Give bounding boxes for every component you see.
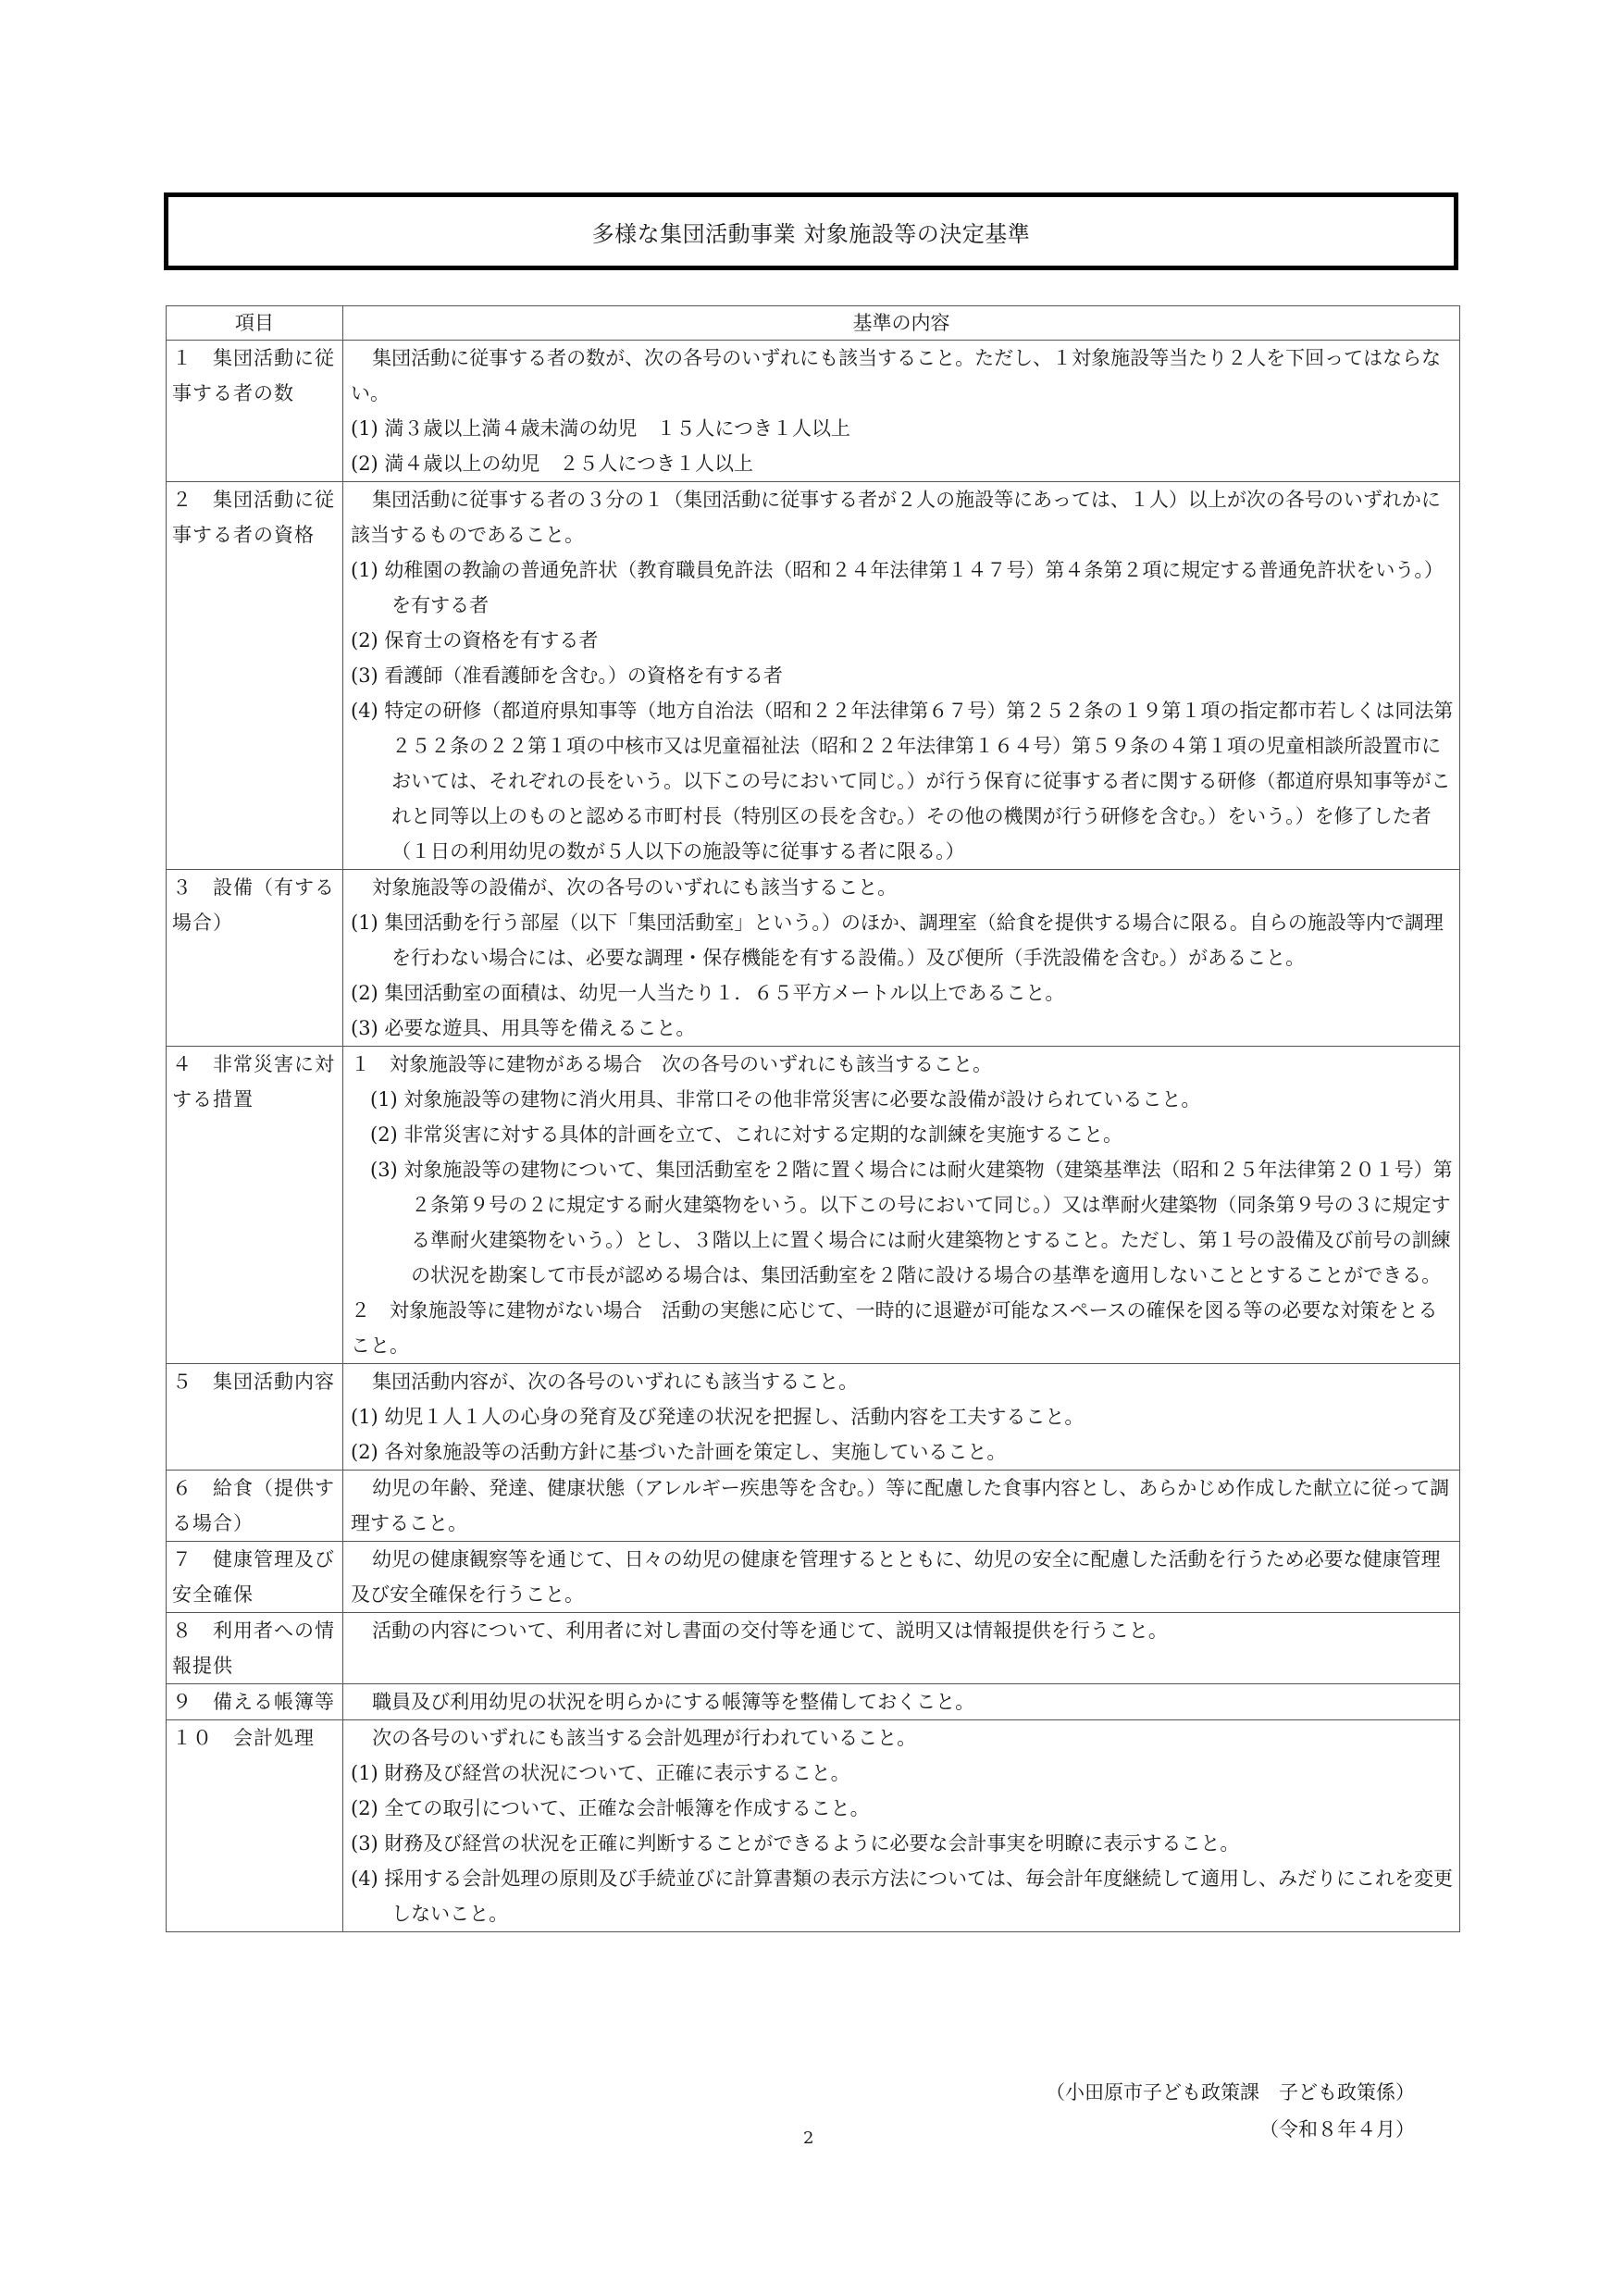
criteria-item-label: ９ 備える帳簿等 [167,1684,343,1720]
table-row: ３ 設備（有する場合）対象施設等の設備が、次の各号のいずれにも該当すること。(1… [167,870,1460,1047]
table-row: ４ 非常災害に対する措置１ 対象施設等に建物がある場合 次の各号のいずれにも該当… [167,1047,1460,1364]
criteria-content: 活動の内容について、利用者に対し書面の交付等を通じて、説明又は情報提供を行うこと… [343,1613,1460,1684]
table-row: ２ 集団活動に従事する者の資格集団活動に従事する者の３分の１（集団活動に従事する… [167,482,1460,870]
page-number: 2 [803,2128,813,2148]
criteria-content: 集団活動に従事する者の３分の１（集団活動に従事する者が２人の施設等にあっては、１… [343,482,1460,870]
criteria-item-label: ５ 集団活動内容 [167,1364,343,1471]
criteria-paragraph: (1) 対象施設等の建物に消火用具、非常口その他非常災害に必要な設備が設けられて… [351,1082,1454,1117]
criteria-paragraph: 集団活動に従事する者の数が、次の各号のいずれにも該当すること。ただし、１対象施設… [351,341,1454,411]
criteria-content: １ 対象施設等に建物がある場合 次の各号のいずれにも該当すること。(1) 対象施… [343,1047,1460,1364]
criteria-paragraph: (3) 対象施設等の建物について、集団活動室を２階に置く場合には耐火建築物（建築… [351,1152,1454,1293]
criteria-item-label: １ 集団活動に従事する者の数 [167,341,343,482]
criteria-paragraph: (3) 看護師（准看護師を含む。）の資格を有する者 [351,658,1454,693]
criteria-item-label: ４ 非常災害に対する措置 [167,1047,343,1364]
criteria-content: 職員及び利用幼児の状況を明らかにする帳簿等を整備しておくこと。 [343,1684,1460,1720]
criteria-item-label: ３ 設備（有する場合） [167,870,343,1047]
criteria-paragraph: (2) 集団活動室の面積は、幼児一人当たり１．６５平方メートル以上であること。 [351,975,1454,1011]
footer-department: （小田原市子ども政策課 子ども政策係） [1046,2078,1415,2105]
criteria-paragraph: (4) 特定の研修（都道府県知事等（地方自治法（昭和２２年法律第６７号）第２５２… [351,693,1454,869]
footer-date: （令和８年４月） [1259,2115,1415,2142]
criteria-paragraph: (1) 集団活動を行う部屋（以下「集団活動室」という。）のほか、調理室（給食を提… [351,905,1454,975]
criteria-paragraph: (1) 幼児１人１人の心身の発育及び発達の状況を把握し、活動内容を工夫すること。 [351,1399,1454,1434]
criteria-paragraph: 集団活動内容が、次の各号のいずれにも該当すること。 [351,1364,1454,1399]
criteria-paragraph: (4) 採用する会計処理の原則及び手続並びに計算書類の表示方法については、毎会計… [351,1861,1454,1931]
table-row: ７ 健康管理及び安全確保幼児の健康観察等を通じて、日々の幼児の健康を管理するとと… [167,1542,1460,1613]
criteria-paragraph: 幼児の年齢、発達、健康状態（アレルギー疾患等を含む。）等に配慮した食事内容とし、… [351,1471,1454,1541]
criteria-content: 対象施設等の設備が、次の各号のいずれにも該当すること。(1) 集団活動を行う部屋… [343,870,1460,1047]
criteria-item-label: １０ 会計処理 [167,1720,343,1932]
criteria-content: 次の各号のいずれにも該当する会計処理が行われていること。(1) 財務及び経営の状… [343,1720,1460,1932]
criteria-item-label: ２ 集団活動に従事する者の資格 [167,482,343,870]
criteria-paragraph: (2) 保育士の資格を有する者 [351,623,1454,658]
criteria-paragraph: ２ 対象施設等に建物がない場合 活動の実態に応じて、一時的に退避が可能なスペース… [351,1293,1454,1363]
criteria-paragraph: (1) 満３歳以上満４歳未満の幼児 １５人につき１人以上 [351,411,1454,446]
criteria-paragraph: 次の各号のいずれにも該当する会計処理が行われていること。 [351,1720,1454,1756]
criteria-paragraph: (2) 各対象施設等の活動方針に基づいた計画を策定し、実施していること。 [351,1434,1454,1470]
criteria-paragraph: 対象施設等の設備が、次の各号のいずれにも該当すること。 [351,870,1454,905]
criteria-paragraph: 職員及び利用幼児の状況を明らかにする帳簿等を整備しておくこと。 [351,1684,1454,1719]
criteria-content: 幼児の健康観察等を通じて、日々の幼児の健康を管理するとともに、幼児の安全に配慮し… [343,1542,1460,1613]
criteria-paragraph: (3) 財務及び経営の状況を正確に判断することができるように必要な会計事実を明瞭… [351,1826,1454,1861]
criteria-paragraph: (2) 非常災害に対する具体的計画を立て、これに対する定期的な訓練を実施すること… [351,1117,1454,1152]
criteria-paragraph: (2) 満４歳以上の幼児 ２５人につき１人以上 [351,446,1454,481]
criteria-item-label: ７ 健康管理及び安全確保 [167,1542,343,1613]
criteria-content: 集団活動に従事する者の数が、次の各号のいずれにも該当すること。ただし、１対象施設… [343,341,1460,482]
criteria-paragraph: (3) 必要な遊具、用具等を備えること。 [351,1011,1454,1046]
header-content: 基準の内容 [343,306,1460,341]
table-header-row: 項目 基準の内容 [167,306,1460,341]
table-row: ６ 給食（提供する場合）幼児の年齢、発達、健康状態（アレルギー疾患等を含む。）等… [167,1471,1460,1542]
criteria-item-label: ８ 利用者への情報提供 [167,1613,343,1684]
table-row: １０ 会計処理次の各号のいずれにも該当する会計処理が行われていること。(1) 財… [167,1720,1460,1932]
criteria-content: 集団活動内容が、次の各号のいずれにも該当すること。(1) 幼児１人１人の心身の発… [343,1364,1460,1471]
criteria-paragraph: 幼児の健康観察等を通じて、日々の幼児の健康を管理するとともに、幼児の安全に配慮し… [351,1542,1454,1612]
table-row: ９ 備える帳簿等職員及び利用幼児の状況を明らかにする帳簿等を整備しておくこと。 [167,1684,1460,1720]
criteria-content: 幼児の年齢、発達、健康状態（アレルギー疾患等を含む。）等に配慮した食事内容とし、… [343,1471,1460,1542]
criteria-table: 項目 基準の内容 １ 集団活動に従事する者の数集団活動に従事する者の数が、次の各… [166,305,1460,1932]
criteria-item-label: ６ 給食（提供する場合） [167,1471,343,1542]
criteria-paragraph: 活動の内容について、利用者に対し書面の交付等を通じて、説明又は情報提供を行うこと… [351,1613,1454,1648]
table-row: １ 集団活動に従事する者の数集団活動に従事する者の数が、次の各号のいずれにも該当… [167,341,1460,482]
criteria-paragraph: １ 対象施設等に建物がある場合 次の各号のいずれにも該当すること。 [351,1047,1454,1082]
header-item: 項目 [167,306,343,341]
document-title-box: 多様な集団活動事業 対象施設等の決定基準 [164,192,1458,270]
criteria-paragraph: (1) 幼稚園の教諭の普通免許状（教育職員免許法（昭和２４年法律第１４７号）第４… [351,552,1454,623]
document-title: 多様な集団活動事業 対象施設等の決定基準 [592,216,1031,248]
table-row: ５ 集団活動内容集団活動内容が、次の各号のいずれにも該当すること。(1) 幼児１… [167,1364,1460,1471]
criteria-paragraph: (2) 全ての取引について、正確な会計帳簿を作成すること。 [351,1791,1454,1826]
table-row: ８ 利用者への情報提供活動の内容について、利用者に対し書面の交付等を通じて、説明… [167,1613,1460,1684]
criteria-paragraph: (1) 財務及び経営の状況について、正確に表示すること。 [351,1756,1454,1791]
criteria-paragraph: 集団活動に従事する者の３分の１（集団活動に従事する者が２人の施設等にあっては、１… [351,482,1454,552]
